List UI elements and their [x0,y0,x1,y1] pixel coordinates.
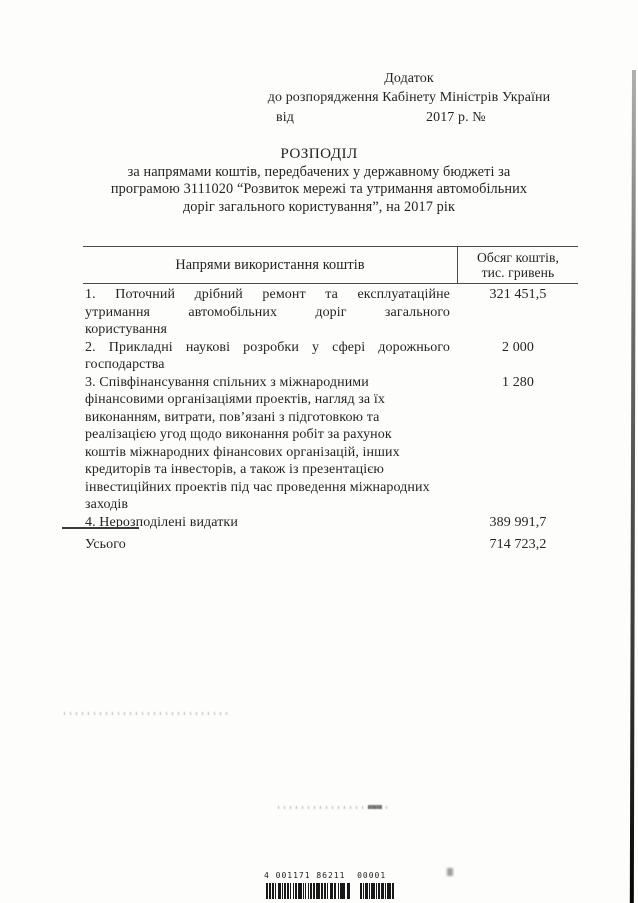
title-line-3: програмою 3111020 “Розвиток мережі та ут… [30,181,608,198]
table-row-2: 2. Прикладні наукові розробки у сфері до… [83,339,578,374]
scan-artifact-4 [447,868,453,876]
barcode-bars [266,883,394,899]
row-1-amount: 321 451,5 [458,286,578,339]
table-row-3: 3. Співфінансування спільних з міжнародн… [83,374,578,514]
row-3-amount: 1 280 [458,374,578,514]
table-header-row: Напрями використання коштів Обсяг коштів… [83,246,578,284]
row-4-direction: 4. Нерозподілені видатки [83,514,458,532]
title-main: РОЗПОДІЛ [30,145,608,162]
barcode-number: 4 001171 86211 00001 [264,871,404,880]
scanner-edge-shadow [630,70,636,903]
scan-rule-artifact [62,527,139,529]
row-1-line-3: користування [85,321,450,339]
table-body: 1. Поточний дрібний ремонт та експлуатац… [83,284,578,554]
total-amount: 714 723,2 [458,536,578,554]
row-2-direction: 2. Прикладні наукові розробки у сфері до… [83,339,458,374]
row-1-line-1: 1. Поточний дрібний ремонт та експлуатац… [85,286,450,304]
total-label: Усього [83,536,458,554]
allocation-table: Напрями використання коштів Обсяг коштів… [83,246,578,554]
row-2-amount: 2 000 [458,339,578,374]
row-2-line-1: 2. Прикладні наукові розробки у сфері до… [85,339,450,357]
title-line-2: за напрямами коштів, передбачених у держ… [30,164,608,181]
annex-date-label: 2017 р. № [426,108,486,127]
annex-from-label: від [276,108,294,127]
table-total-row: Усього 714 723,2 [83,536,578,554]
table-row-4: 4. Нерозподілені видатки 389 991,7 [83,514,578,532]
scan-artifact-3 [368,805,382,809]
column-header-directions: Напрями використання коштів [83,247,458,283]
table-row-1: 1. Поточний дрібний ремонт та експлуатац… [83,286,578,339]
scan-artifact-1 [64,712,232,715]
annex-date-line: від 2017 р. № [254,108,564,127]
document-page: Додаток до розпорядження Кабінету Мініст… [0,0,638,903]
column-header-amount-text: Обсяг коштів, тис. гривень [477,250,559,281]
annex-block: Додаток до розпорядження Кабінету Мініст… [254,69,564,127]
row-3-direction: 3. Співфінансування спільних з міжнародн… [83,374,458,514]
annex-title: Додаток [254,69,564,88]
row-2-line-2: господарства [85,356,450,374]
document-title-block: РОЗПОДІЛ за напрямами коштів, передбачен… [30,145,608,216]
row-1-line-2: утримання автомобільних доріг загального [85,304,450,322]
column-header-amount: Обсяг коштів, тис. гривень [458,247,578,283]
row-1-direction: 1. Поточний дрібний ремонт та експлуатац… [83,286,458,339]
row-4-amount: 389 991,7 [458,514,578,532]
title-line-4: доріг загального користування”, на 2017 … [30,199,608,216]
annex-reference-line: до розпорядження Кабінету Міністрів Укра… [254,88,564,107]
